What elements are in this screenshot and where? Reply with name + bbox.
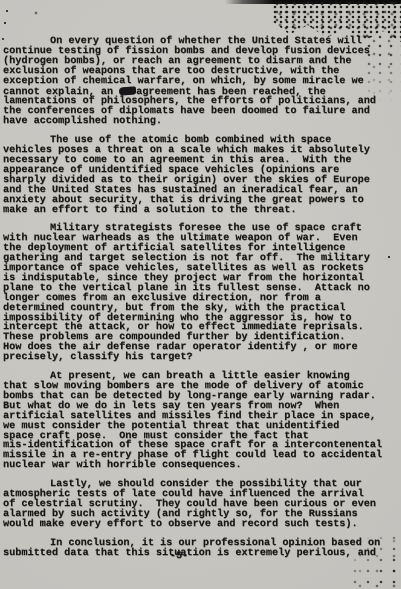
- paragraph: The use of the atomic bomb combined with…: [3, 136, 399, 215]
- scan-noise-bottom-left: [0, 555, 2, 557]
- document-body: On every question of whether the United …: [3, 37, 399, 568]
- text-line: make an effort to find a solution to the…: [3, 206, 399, 216]
- scanned-document-page: On every question of whether the United …: [0, 0, 401, 589]
- text-line: exception of chemical warfare, on which,…: [3, 77, 399, 87]
- page-number: -5-: [3, 551, 355, 562]
- paragraph: Lastly, we should consider the possibili…: [3, 480, 399, 530]
- text-line: have accomplished nothing.: [3, 117, 399, 127]
- paragraph: Military strategists foresee the use of …: [3, 224, 399, 363]
- scan-noise-top-left: [0, 0, 2, 2]
- paragraph: On every question of whether the United …: [3, 37, 399, 127]
- text-line: anxiety about security, that is driving …: [3, 196, 399, 206]
- text-line: would make every effort to observe and r…: [3, 520, 399, 530]
- ink-smudge: [119, 86, 137, 95]
- paragraph: At present, we can breath a little easie…: [3, 372, 399, 471]
- text-line: precisely, classify his target?: [3, 353, 399, 363]
- text-line: nuclear war with horrible consequences.: [3, 461, 399, 471]
